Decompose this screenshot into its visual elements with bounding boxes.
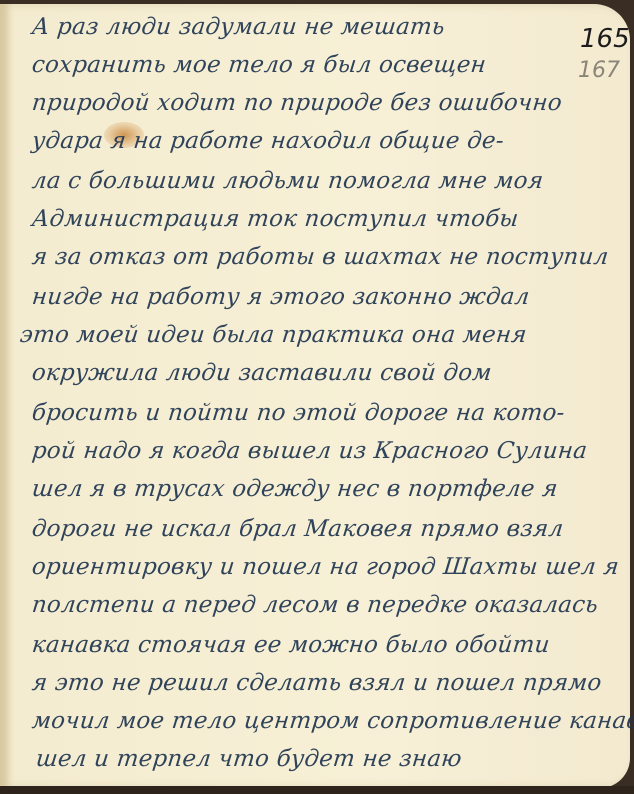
handwritten-line: бросить и пойти по этой дороге на кото-: [31, 400, 566, 426]
handwritten-line: рой надо я когда вышел из Красного Сулин…: [31, 438, 589, 464]
handwritten-line: шел я в трусах одежду нес в портфеле я: [31, 476, 559, 502]
handwritten-line: это моей идеи была практика она меня: [19, 322, 528, 348]
notebook-page: 165 167 А раз люди задумали не мешатьсох…: [0, 4, 630, 788]
page-number-secondary: 167: [578, 58, 620, 83]
handwritten-line: окружила люди заставили свой дом: [31, 360, 493, 386]
handwritten-line: ориентировку и пошел на город Шахты шел …: [31, 554, 621, 580]
handwritten-line: Администрация ток поступил чтобы: [31, 206, 520, 232]
handwritten-line: канавка стоячая ее можно было обойти: [31, 632, 551, 658]
handwritten-line: я за отказ от работы в шахтах не поступи…: [31, 244, 610, 270]
handwritten-line: полстепи а перед лесом в передке оказала…: [31, 592, 600, 618]
handwritten-line: А раз люди задумали не мешать: [31, 14, 446, 40]
handwritten-line: дороги не искал брал Маковея прямо взял: [31, 516, 565, 542]
page-bottom-shadow: [0, 786, 634, 794]
handwritten-line: шел и терпел что будет не знаю: [35, 746, 463, 772]
handwritten-line: природой ходит по природе без ошибочно: [31, 90, 564, 116]
handwritten-line: удара я на работе находил общие де-: [31, 128, 506, 154]
handwritten-line: я это не решил сделать взял и пошел прям…: [31, 670, 603, 696]
handwritten-line: ла с большими людьми помогла мне моя: [31, 168, 545, 194]
handwritten-line: нигде на работу я этого законно ждал: [31, 284, 531, 310]
page-number-primary: 165: [580, 24, 630, 54]
handwritten-line: мочил мое тело центром сопротивление кан…: [31, 708, 634, 734]
page-binding-edge: [0, 4, 10, 788]
handwritten-line: сохранить мое тело я был освещен: [31, 52, 488, 78]
